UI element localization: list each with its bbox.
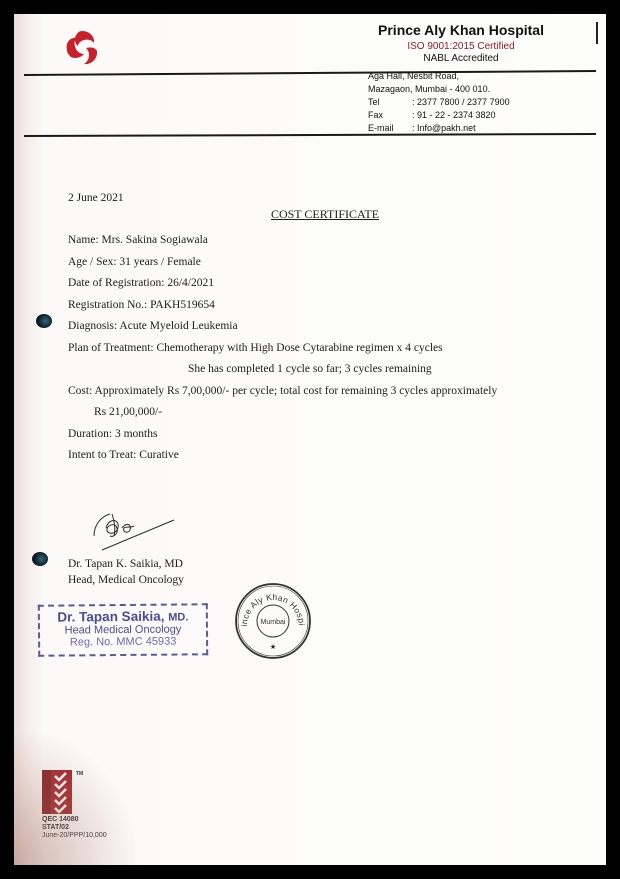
signatory-designation: Head, Medical Oncology <box>68 572 184 588</box>
signatory-block: Dr. Tapan K. Saikia, MD Head, Medical On… <box>68 556 184 588</box>
trademark-label: TM <box>76 771 83 777</box>
fax-row: Fax : 91 - 22 - 2374 3820 <box>368 109 510 122</box>
form-print-run: June-20/PPP/10,000 <box>42 832 107 840</box>
seal-star-icon: ★ <box>270 643 276 651</box>
punch-hole-mark <box>36 314 52 328</box>
cost-estimate: Cost: Approximately Rs 7,00,000/- per cy… <box>68 381 497 403</box>
patient-age-sex: Age / Sex: 31 years / Female <box>68 252 497 274</box>
form-code: QEC 14080 <box>42 816 107 824</box>
treatment-intent: Intent to Treat: Curative <box>68 445 497 467</box>
letter-date: 2 June 2021 <box>68 192 124 204</box>
cost-total: Rs 21,00,000/- <box>68 402 497 424</box>
fax-value: : 91 - 22 - 2374 3820 <box>412 109 496 122</box>
stamp-doctor-name: Dr. Tapan Saikia, <box>57 609 164 625</box>
header-divider-top <box>24 70 596 76</box>
registration-date: Date of Registration: 26/4/2021 <box>68 273 497 295</box>
header-divider-bottom <box>24 133 596 137</box>
punch-hole-mark <box>32 552 48 566</box>
treatment-duration: Duration: 3 months <box>68 424 497 446</box>
diagnosis: Diagnosis: Acute Myeloid Leukemia <box>68 316 497 338</box>
registration-number: Registration No.: PAKH519654 <box>68 295 497 317</box>
stamp-degree: MD. <box>168 611 188 623</box>
hospital-address: Aga Hall, Nesbit Road, Mazagaon, Mumbai … <box>368 70 510 135</box>
quality-mark-icon <box>42 770 72 814</box>
accreditation: NABL Accredited <box>366 53 556 64</box>
iso-certification: ISO 9001:2015 Certified <box>366 41 556 52</box>
treatment-progress: She has completed 1 cycle so far; 3 cycl… <box>68 359 497 381</box>
certificate-fields: Name: Mrs. Sakina Sogiawala Age / Sex: 3… <box>68 230 497 467</box>
tel-label: Tel <box>368 96 412 109</box>
seal-center-text: Mumbai <box>261 619 286 626</box>
tel-value: : 2377 7800 / 2377 7900 <box>412 96 510 109</box>
hospital-logo-icon <box>62 28 102 68</box>
edge-mark <box>596 22 598 44</box>
form-stat: STAT/02 <box>42 824 107 832</box>
form-reference: QEC 14080 STAT/02 June-20/PPP/10,000 <box>42 816 107 840</box>
fax-label: Fax <box>368 109 412 122</box>
treatment-plan: Plan of Treatment: Chemotherapy with Hig… <box>68 338 497 360</box>
tel-row: Tel : 2377 7800 / 2377 7900 <box>368 96 510 109</box>
address-line-1: Aga Hall, Nesbit Road, <box>368 70 510 83</box>
certificate-title: COST CERTIFICATE <box>54 207 606 222</box>
document-page: Prince Aly Khan Hospital ISO 9001:2015 C… <box>14 14 606 865</box>
address-line-2: Mazagaon, Mumbai - 400 010. <box>368 83 510 96</box>
doctor-stamp: Dr. Tapan Saikia, MD. Head Medical Oncol… <box>38 603 208 656</box>
signature <box>86 506 176 556</box>
stamp-line-1: Dr. Tapan Saikia, MD. <box>40 608 206 624</box>
patient-name: Name: Mrs. Sakina Sogiawala <box>68 230 497 252</box>
stamp-line-2: Head Medical Oncology <box>40 623 206 636</box>
signatory-name: Dr. Tapan K. Saikia, MD <box>68 556 184 572</box>
hospital-seal: Prince Aly Khan Hospital Mumbai ★ <box>234 582 312 660</box>
stamp-line-3: Reg. No. MMC 45933 <box>40 635 206 648</box>
hospital-name: Prince Aly Khan Hospital <box>366 22 556 38</box>
